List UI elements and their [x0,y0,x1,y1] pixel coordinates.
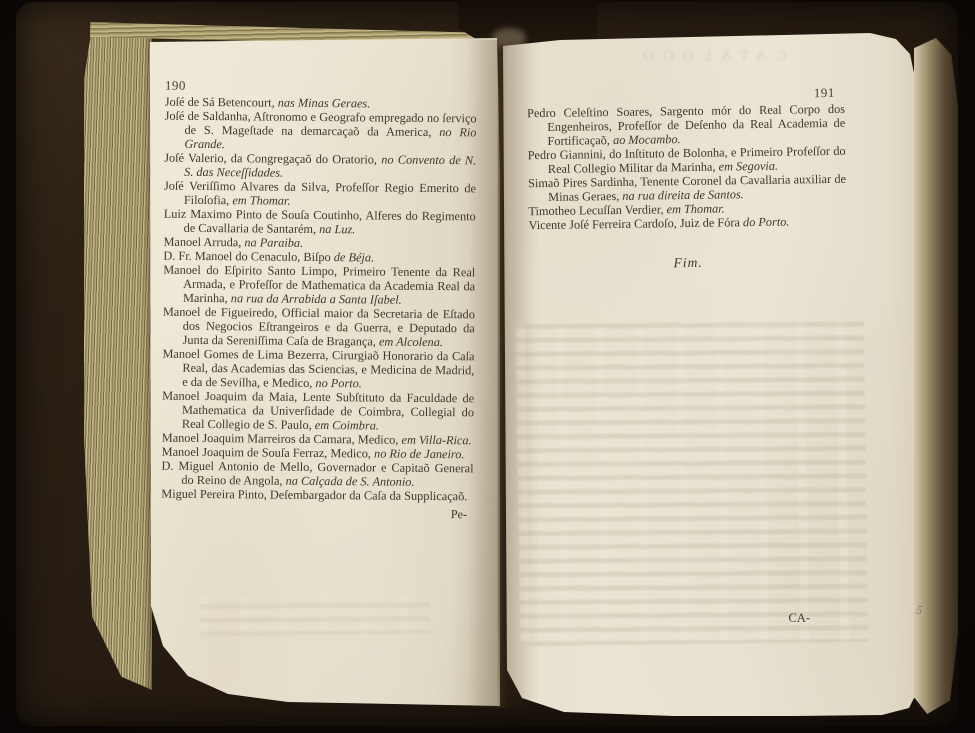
catalog-entries-left: Joſé de Sá Betencourt, nas Minas Geraes.… [161,95,477,504]
entry-place: na rua direita de Santos. [622,187,744,203]
entry-place: do Porto. [743,215,790,230]
bleedthrough-header: CATALOGO [560,48,860,65]
page-edges-left [84,26,152,690]
entry-text: Pedro Giannini, do Inſtituto de Bolonha,… [528,144,846,176]
entry-text: Pedro Celeſtino Soares, Sargento mór do … [527,102,845,148]
entry-place: de Béja. [334,250,374,264]
entry-place: no Rio de Janeiro. [374,446,465,461]
entry-place: em Thomar. [232,193,290,208]
entry-place: na rua da Arrabida a Santa Iſabel. [231,291,402,306]
catchword-right: CA- [520,611,810,629]
entry-text: Manoel Arruda, [163,235,241,250]
catalog-entry: Joſé Veriſſimo Alvares da Silva, Profeſſ… [164,179,476,210]
catalog-entry: Luiz Maximo Pinto de Souſa Coutinho, Alf… [164,207,476,238]
catchword-left: Pe- [161,505,473,522]
entry-text: Joſé Veriſſimo Alvares da Silva, Profeſſ… [164,179,476,208]
catalog-entry: Miguel Pereira Pinto, Deſembargador da C… [161,487,473,504]
catalog-entry: Pedro Celeſtino Soares, Sargento mór do … [527,102,846,148]
left-page-text: 190 Joſé de Sá Betencourt, nas Minas Ger… [161,79,477,522]
catalog-entry: Simaõ Pires Sardinha, Tenente Coronel da… [528,172,846,204]
entry-place: ao Mocambo. [613,132,681,147]
entry-text: D. Fr. Manoel do Cenaculo, Biſpo [163,249,330,264]
entry-place: em Segovia. [718,159,778,174]
catalog-entry: Manoel Gomes de Lima Bezerra, Cirurgiaõ … [162,347,474,392]
entry-text: Vicente Joſé Ferreira Cardoſo, Juiz de F… [529,215,740,232]
entry-place: em Thomar. [666,201,724,216]
entry-place: em Coimbra. [315,418,379,433]
entry-place: nas Minas Geraes. [278,96,371,111]
catalog-entries-right: Pedro Celeſtino Soares, Sargento mór do … [527,102,847,232]
bleedthrough-text-left [200,593,431,636]
catalog-entry: Joſé de Saldanha, Aſtronomo e Geografo e… [164,109,476,154]
gutter-crease [498,42,502,706]
entry-place: no Porto. [315,376,362,390]
right-page-text: 191 Pedro Celeſtino Soares, Sargento mór… [527,86,848,272]
catalog-entry: Joſé Valerio, da Congregaçaõ do Oratorio… [164,151,476,182]
catalog-entry: Manoel de Figueiredo, Official maior da … [163,305,475,350]
entry-place: em Alcolena. [379,335,443,350]
catalog-entry: Manoel Joaquim da Maia, Lente Subſtituto… [162,389,474,434]
catalog-entry: D. Miguel Antonio de Mello, Governador e… [161,459,473,490]
catalog-entry: Manoel do Eſpirito Santo Limpo, Primeiro… [163,263,475,308]
entry-text: Joſé de Saldanha, Aſtronomo e Geografo e… [165,109,477,139]
bleedthrough-text [516,320,868,647]
entry-text: Miguel Pereira Pinto, Deſembargador da C… [161,487,467,504]
entry-place: em Villa-Rica. [401,433,471,448]
catalog-entry: Pedro Giannini, do Inſtituto de Bolonha,… [528,144,846,176]
entry-place: na Calçada de S. Antonio. [286,474,415,489]
entry-place: na Paraiba. [244,235,303,250]
entry-place: na Luz. [319,222,355,236]
entry-text: Joſé de Sá Betencourt, [165,95,275,110]
book-scan: CATALOGO 190 Joſé de Sá Betencourt, nas … [0,0,975,733]
